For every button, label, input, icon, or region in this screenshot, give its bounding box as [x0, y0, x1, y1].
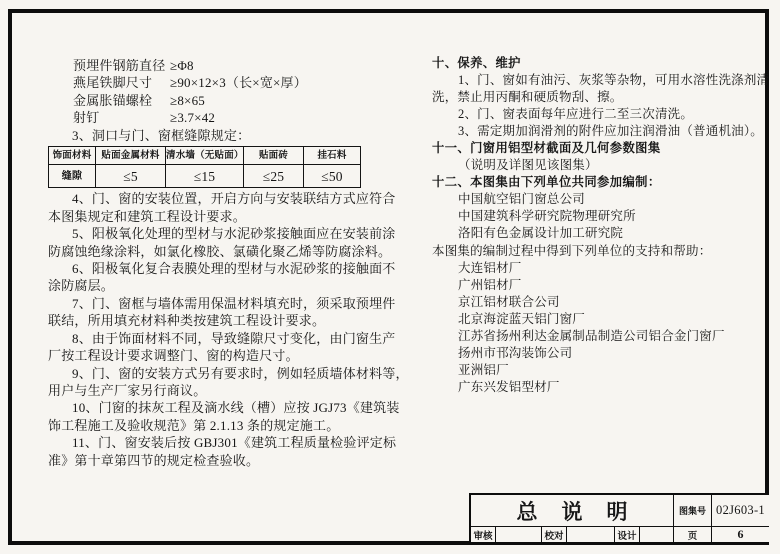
page-number: 6: [711, 527, 769, 542]
org-list-item: 北京海淀蓝天铝门窗厂: [432, 311, 770, 328]
org-list-item: 中国建筑科学研究院物理研究所: [432, 208, 770, 225]
audit-label: 审核: [471, 527, 496, 542]
spec-value: ≥8×65: [170, 92, 205, 109]
spec-value: ≥Φ8: [170, 57, 194, 74]
paragraph-line: 本图集的编制过程中得到下列单位的支持和帮助：: [432, 243, 770, 260]
org-list-item: 大连铝材厂: [432, 260, 770, 277]
gap-table-value-row: 缝隙 ≤5 ≤15 ≤25 ≤50: [49, 165, 361, 188]
audit-blank-cell: [496, 527, 542, 542]
gap-table-value-cell: ≤50: [304, 165, 361, 188]
paragraph-line: 3、需定期加润滑剂的附件应加注润滑油（普通机油）。: [432, 123, 770, 140]
spec-label: 燕尾铁脚尺寸: [73, 74, 170, 91]
title-block: 总说明 图集号 02J603-1 审核 校对 设计 页 6: [469, 493, 769, 542]
document-sheet: 预埋件钢筋直径 ≥Φ8 燕尾铁脚尺寸 ≥90×12×3（长×宽×厚） 金属胀锚螺…: [0, 0, 780, 554]
gap-table-row-label: 缝隙: [49, 165, 96, 188]
gap-table: 饰面材料 贴面金属材料 清水墙（无贴面） 贴面砖 挂石料 缝隙 ≤5 ≤15 ≤…: [48, 146, 361, 188]
page-label: 页: [673, 527, 711, 542]
paragraph-line: 本图集规定和建筑工程设计要求。: [48, 208, 396, 225]
org-list-item: 中国航空铝门窗总公司: [432, 191, 770, 208]
org-list-item: 广东兴发铝型材厂: [432, 379, 770, 396]
paragraph-line: 防腐蚀绝缘涂料，如氯化橡胶、氯磺化聚乙烯等防腐涂料。: [48, 243, 396, 260]
paragraph-line: 涂防腐层。: [48, 277, 396, 294]
spec-value: ≥3.7×42: [170, 109, 215, 126]
paragraph-line: 5、阳极氧化处理的型材与水泥砂浆接触面应在安装前涂: [48, 225, 396, 242]
paragraph-line: 4、门、窗的安装位置，开启方向与安装联结方式应符合: [48, 190, 396, 207]
atlas-number: 02J603-1: [711, 495, 769, 527]
paragraph-line: 准》第十章第四节的规定检查验收。: [48, 452, 396, 469]
gap-table-header-cell: 贴面砖: [244, 147, 304, 165]
paragraph-line: 用户与生产厂家另行商议。: [48, 382, 396, 399]
org-list-item: 扬州市邗沟装饰公司: [432, 345, 770, 362]
org-list-item: 广州铝材厂: [432, 277, 770, 294]
right-column: 十、保养、维护 1、门、窗如有油污、灰浆等杂物，可用水溶性洗涤剂清 洗，禁止用丙…: [432, 55, 770, 396]
spec-row: 燕尾铁脚尺寸 ≥90×12×3（长×宽×厚）: [48, 74, 396, 91]
spec-row: 预埋件钢筋直径 ≥Φ8: [48, 57, 396, 74]
paragraph-line: 11、门、窗安装后按 GBJ301《建筑工程质量检验评定标: [48, 434, 396, 451]
paragraph-line: 饰工程施工及验收规范》第 2.1.13 条的规定施工。: [48, 417, 396, 434]
org-list-item: 洛阳有色金属设计加工研究院: [432, 225, 770, 242]
gap-table-header-cell: 清水墙（无贴面）: [166, 147, 244, 165]
gap-table-header-cell: 挂石料: [304, 147, 361, 165]
design-label: 设计: [615, 527, 640, 542]
section-heading-10: 十、保养、维护: [432, 55, 770, 72]
spec-row: 金属胀锚螺栓 ≥8×65: [48, 92, 396, 109]
paragraph-line: 10、门窗的抹灰工程及滴水线（槽）应按 JGJ73《建筑装: [48, 399, 396, 416]
paragraph-line: 8、由于饰面材料不同，导致缝隙尺寸变化，由门窗生产: [48, 330, 396, 347]
paragraph-line: 9、门、窗的安装方式另有要求时，例如轻质墙体材料等，: [48, 365, 396, 382]
paragraph-line: 洗，禁止用丙酮和硬质物刮、擦。: [432, 89, 770, 106]
proof-label: 校对: [542, 527, 567, 542]
paragraph-line: （说明及详图见该图集）: [432, 157, 770, 174]
spec-row: 射钉 ≥3.7×42: [48, 109, 396, 126]
paragraph-line: 1、门、窗如有油污、灰浆等杂物，可用水溶性洗涤剂清: [432, 72, 770, 89]
paragraph-line: 2、门、窗表面每年应进行二至三次清洗。: [432, 106, 770, 123]
spec-label: 射钉: [73, 109, 170, 126]
spec-label: 金属胀锚螺栓: [73, 92, 170, 109]
paragraph-line: 7、门、窗框与墙体需用保温材料填充时，须采取预埋件: [48, 295, 396, 312]
org-list-item: 京江铝材联合公司: [432, 294, 770, 311]
atlas-number-label: 图集号: [673, 495, 711, 527]
gap-table-value-cell: ≤5: [96, 165, 166, 188]
proof-blank-cell: [567, 527, 615, 542]
paragraph-line: 联结，所用填充材料种类按建筑工程设计要求。: [48, 312, 396, 329]
paragraph-line: 厂按工程设计要求调整门、窗的构造尺寸。: [48, 347, 396, 364]
design-blank-cell: [640, 527, 673, 542]
left-column: 预埋件钢筋直径 ≥Φ8 燕尾铁脚尺寸 ≥90×12×3（长×宽×厚） 金属胀锚螺…: [48, 57, 396, 469]
signature-row: 审核 校对 设计: [471, 527, 673, 542]
gap-table-header-cell: 饰面材料: [49, 147, 96, 165]
org-list-item: 亚洲铝厂: [432, 362, 770, 379]
gap-table-header-row: 饰面材料 贴面金属材料 清水墙（无贴面） 贴面砖 挂石料: [49, 147, 361, 165]
paragraph-line: 6、阳极氧化复合表膜处理的型材与水泥砂浆的接触面不: [48, 260, 396, 277]
spec-value: ≥90×12×3（长×宽×厚）: [170, 74, 307, 91]
gap-table-value-cell: ≤15: [166, 165, 244, 188]
item3-heading: 3、洞口与门、窗框缝隙规定：: [48, 127, 396, 144]
gap-table-value-cell: ≤25: [244, 165, 304, 188]
org-list-item: 江苏省扬州利达金属制品制造公司铝合金门窗厂: [432, 328, 770, 345]
sheet-title: 总说明: [471, 495, 673, 527]
gap-table-header-cell: 贴面金属材料: [96, 147, 166, 165]
section-heading-11: 十一、门窗用铝型材截面及几何参数图集: [432, 140, 770, 157]
spec-label: 预埋件钢筋直径: [73, 57, 170, 74]
section-heading-12: 十二、本图集由下列单位共同参加编制：: [432, 174, 770, 191]
